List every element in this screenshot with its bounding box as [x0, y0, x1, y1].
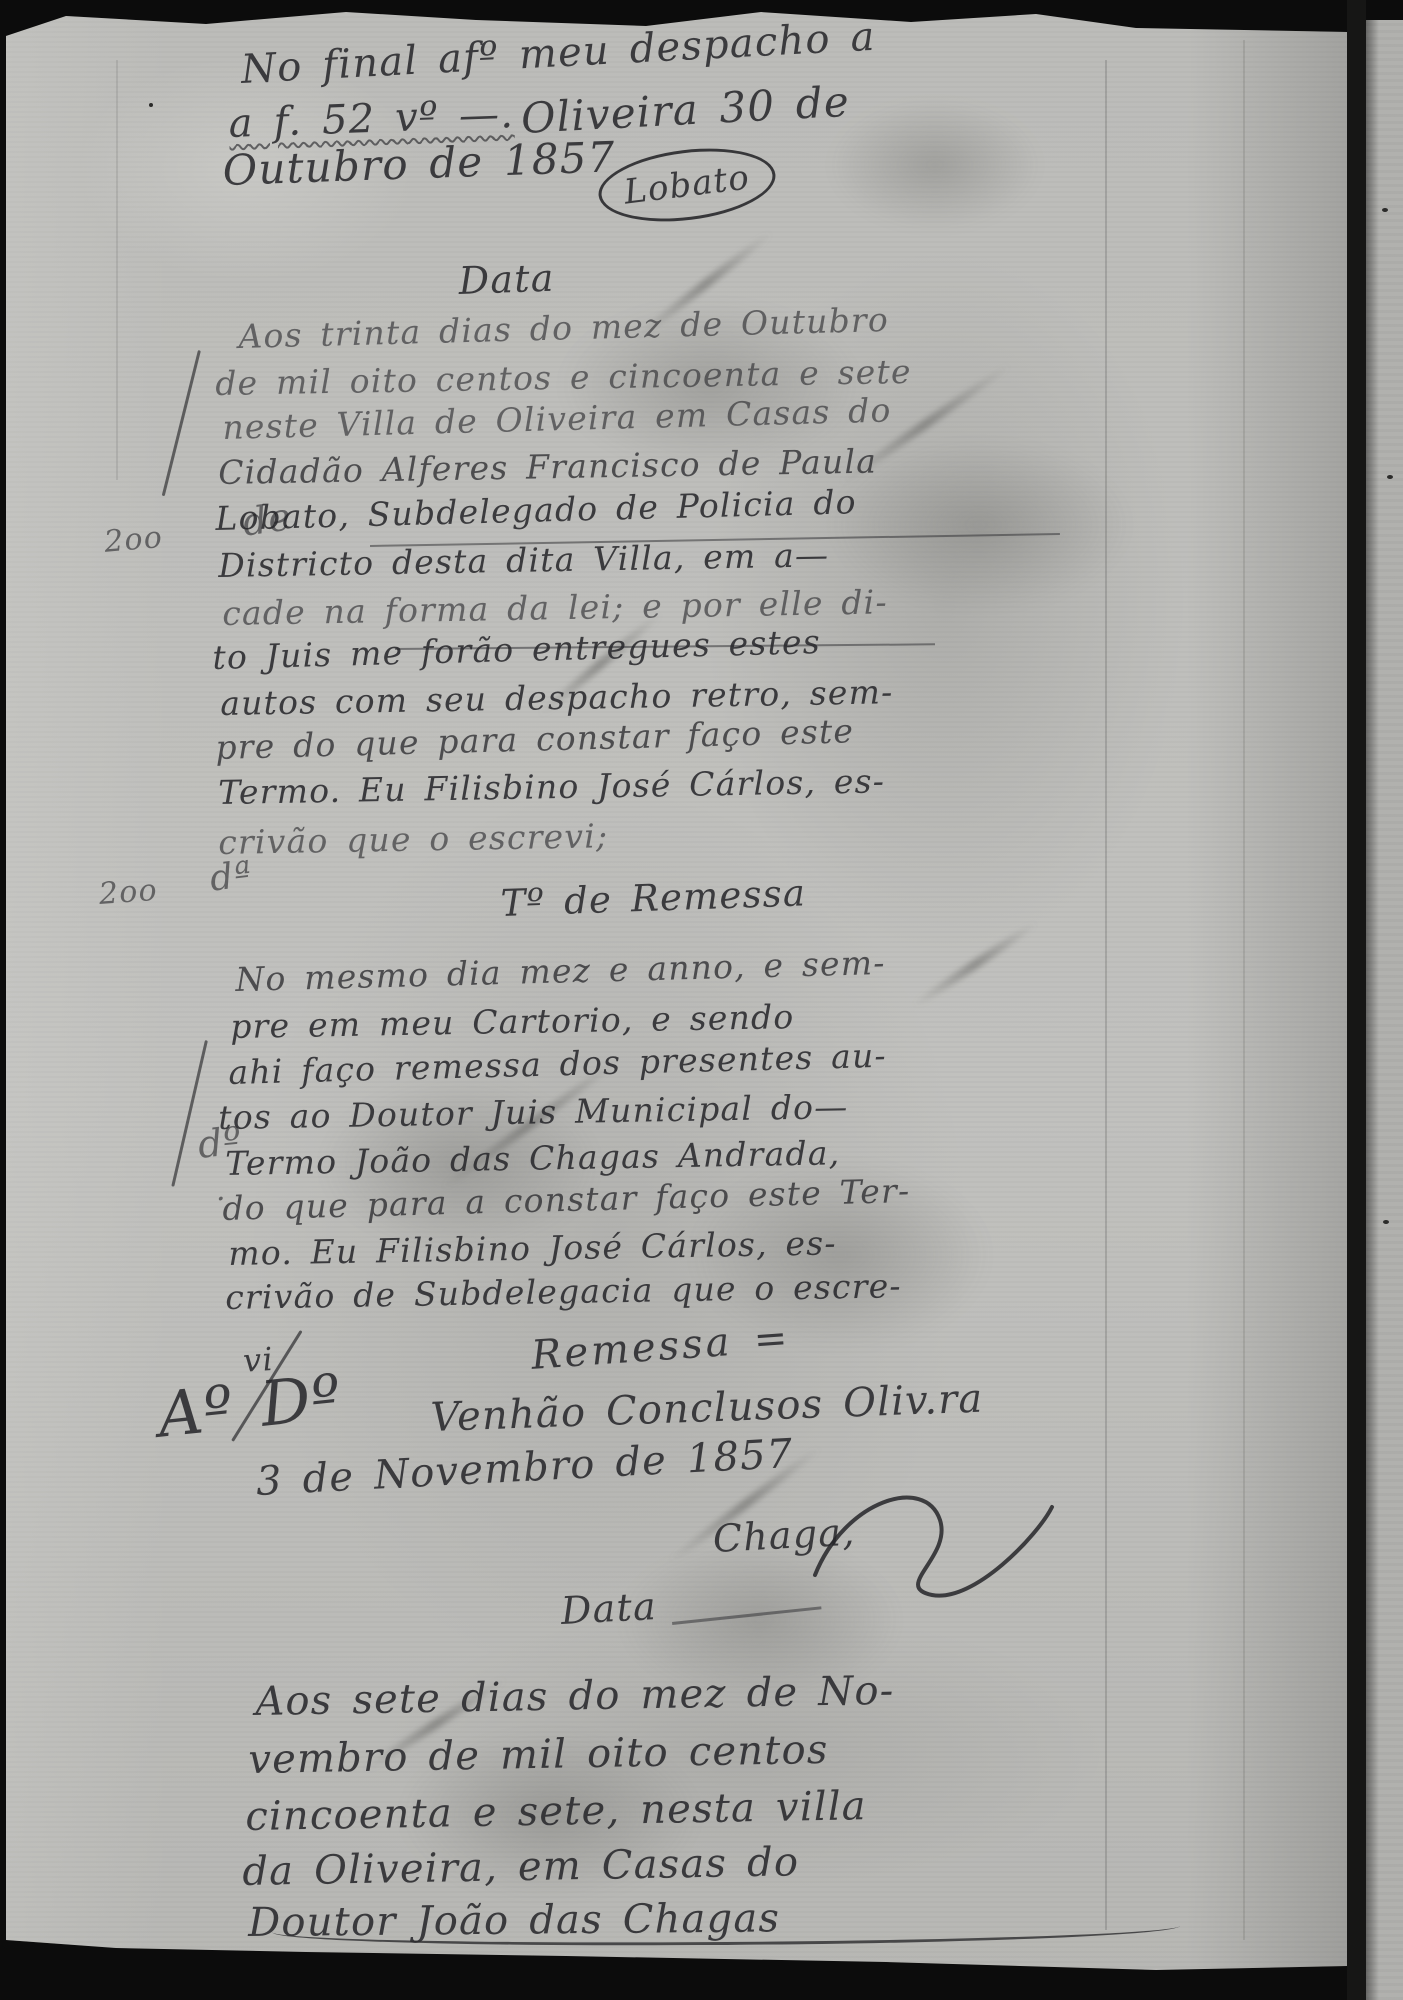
heading-data-2: Data [560, 1587, 658, 1630]
paper-crease [1243, 40, 1245, 1940]
termo-data-2-line: Aos sete dias do mez de No- [255, 1671, 895, 1722]
paper-speck [1382, 208, 1388, 212]
termo-data-2-line: cincoenta e sete, nesta villa [245, 1786, 867, 1837]
signature-rubric-flourish [800, 1475, 1080, 1625]
termo-data-2-line: da Oliveira, em Casas do [242, 1842, 800, 1892]
adjacent-page-edge [1366, 20, 1403, 2000]
termo-data-2-line: vembro de mil oito centos [248, 1730, 829, 1780]
termo-data-line: Districto desta dita Villa, em a— [218, 538, 829, 582]
margin-fee-1-abbr: de [240, 497, 294, 541]
margin-fee-2: 2oo [98, 876, 159, 910]
termo-remessa-line: mo. Eu Filisbino José Cárlos, es- [228, 1226, 837, 1270]
termo-remessa-line: tos ao Doutor Juis Municipal do— [218, 1090, 849, 1134]
signature-lobato: Lobato [622, 160, 752, 209]
heading-remessa: Tº de Remessa [500, 874, 807, 922]
paper-speck [1383, 1220, 1389, 1224]
ink-stain [830, 100, 1040, 230]
paper-speck [1387, 475, 1393, 479]
manuscript-scan: No final afº meu despacho a a f. 52 vº —… [0, 0, 1403, 2000]
margin-fee-1: 2oo [103, 523, 164, 558]
termo-remessa-line: Termo João das Chagas Andrada, [225, 1136, 841, 1180]
termo-remessa-line: pre em meu Cartorio, e sendo [230, 1000, 795, 1043]
margin-fee-3-abbr: dº [196, 1121, 244, 1163]
margin-fee-2-abbr: dª [208, 857, 255, 898]
heading-data: Data [458, 259, 555, 300]
paper-crease [116, 60, 118, 480]
margin-fee-3-dot: . [216, 1176, 227, 1206]
termo-data-line: crivão que o escrevi; [218, 819, 609, 859]
paper-crease [1105, 60, 1107, 1930]
paper-speck [149, 103, 153, 107]
binding-gutter [1347, 0, 1366, 2000]
conclusos-initial: Aº Dº [155, 1366, 345, 1447]
